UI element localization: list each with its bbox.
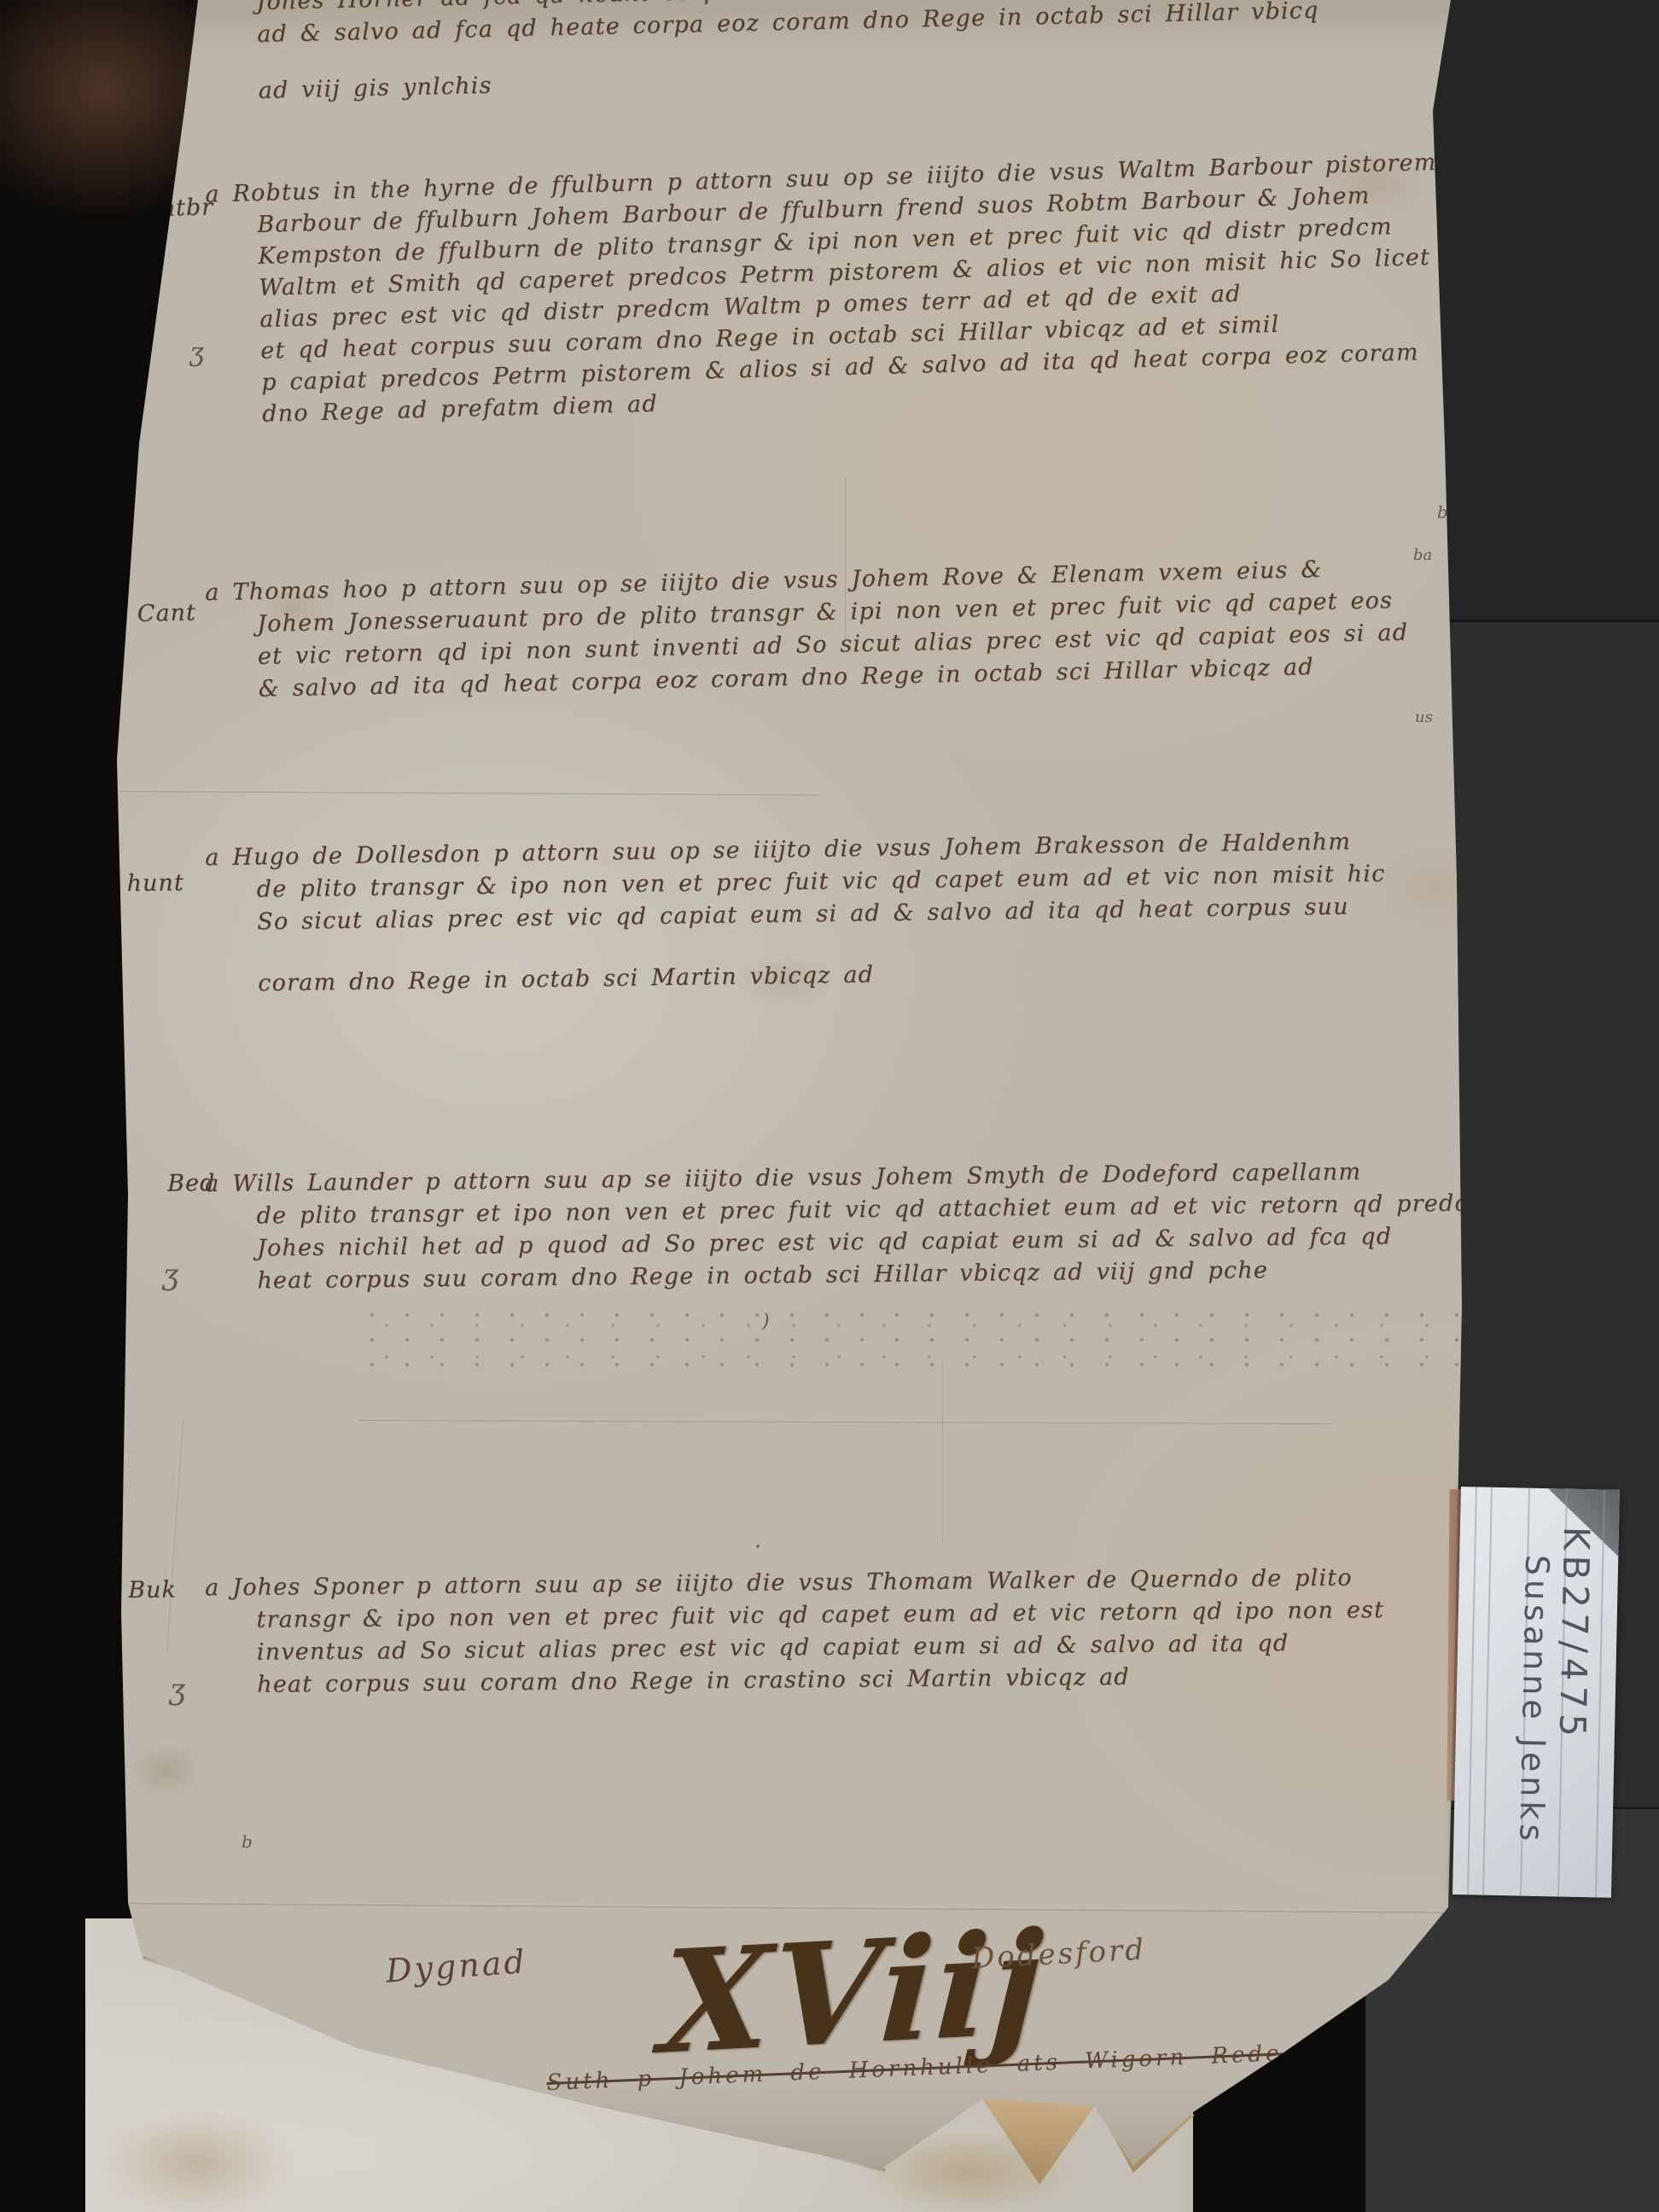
crease — [358, 1418, 1331, 1424]
edge-mark: . — [754, 1528, 761, 1553]
parchment-membrane: Johes Horner ad fca qd heant corpa eoz c… — [0, 0, 1659, 2212]
crease — [940, 1361, 943, 1545]
crease — [119, 789, 819, 795]
fragment-line: ad viij gis ynlchis — [258, 70, 492, 107]
entry-line: heat corpus suu coram dno Rege in crasti… — [257, 1662, 1130, 1701]
parchment-stain — [94, 2108, 299, 2212]
foot-word-left: Dygnad — [385, 1942, 528, 1989]
crease — [165, 1421, 183, 1651]
label-name-text: Susanne Jenks — [1512, 1554, 1556, 1845]
edge-mark: ba — [1413, 546, 1432, 564]
margin-county-note: Cant — [137, 600, 197, 627]
edge-mark: b — [1437, 502, 1448, 522]
margin-county-note: Buk — [128, 1577, 177, 1604]
photo-of-plea-roll: { "photo": { "background_left_hex": "#0c… — [0, 0, 1659, 2212]
ruled-line — [1467, 1487, 1477, 1895]
parchment-stain — [128, 1741, 205, 1801]
edge-mark: ) — [762, 1311, 770, 1332]
crease — [128, 1901, 1447, 1913]
edge-mark: us — [1415, 708, 1433, 726]
label-reference-text: KB27/475 — [1551, 1526, 1598, 1742]
edge-mark: ʒ — [189, 338, 204, 368]
ruled-line — [1482, 1487, 1493, 1895]
margin-county-note: hunt — [126, 870, 183, 897]
ink-speckle-band — [367, 1309, 1493, 1376]
edge-mark: ʒ — [169, 1673, 185, 1707]
edge-mark: ʒ — [162, 1258, 178, 1292]
archive-reference-label: KB27/475 Susanne Jenks — [1452, 1487, 1620, 1898]
edge-mark: b — [242, 1831, 253, 1852]
